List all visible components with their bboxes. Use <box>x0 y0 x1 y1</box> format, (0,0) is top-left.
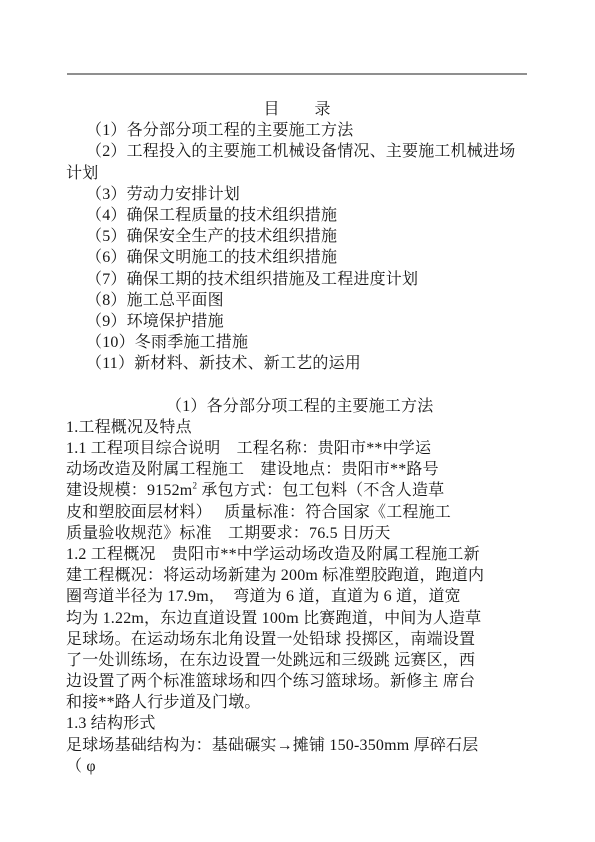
body-line-overview-title: 1.工程概况及特点 <box>66 417 529 438</box>
body-line-1-2-overview-7: 边设置了两个标准篮球场和四个练习篮球场。新修主 席台 <box>66 671 529 692</box>
document-page: 目 录 （1）各分部分项工程的主要施工方法 （2）工程投入的主要施工机械设备情况… <box>0 0 595 842</box>
body-line-project-name-2: 动场改造及附属工程施工 建设地点：贵阳市**路号 <box>66 459 529 480</box>
body-line-scale: 建设规模：9152m2 承包方式：包工包料（不含人造草 <box>66 480 529 501</box>
body-line-1-2-overview-1: 1.2 工程概况 贵阳市**中学运动场改造及附属工程施工新 <box>66 544 529 565</box>
toc-entry-6: （6）确保文明施工的技术组织措施 <box>66 247 529 268</box>
body-line-1-2-overview-6: 了一处训练场，在东边设置一处跳远和三级跳 远赛区，西 <box>66 650 529 671</box>
toc-entry-1: （1）各分部分项工程的主要施工方法 <box>66 120 529 141</box>
body-line-project-name-1: 1.1 工程项目综合说明 工程名称：贵阳市**中学运 <box>66 438 529 459</box>
body-line-1-2-overview-2: 建工程概况：将运动场新建为 200m 标准塑胶跑道，跑道内 <box>66 565 529 586</box>
toc-entry-8: （8）施工总平面图 <box>66 290 529 311</box>
toc-entry-2-continuation: 计划 <box>66 163 529 184</box>
toc-entry-7: （7）确保工期的技术组织措施及工程进度计划 <box>66 269 529 290</box>
body-line-foundation: 足球场基础结构为：基础碾实→摊铺 150-350mm 厚碎石层 <box>66 735 529 756</box>
scale-text-pre: 建设规模：9152m <box>66 482 192 499</box>
toc-entry-5: （5）确保安全生产的技术组织措施 <box>66 226 529 247</box>
toc-entry-10: （10）冬雨季施工措施 <box>66 332 529 353</box>
blank-line <box>66 374 529 395</box>
toc-entry-11: （11）新材料、新技术、新工艺的运用 <box>66 353 529 374</box>
body-line-1-2-overview-4: 均为 1.22m，东边直道设置 100m 比赛跑道，中间为人造草 <box>66 608 529 629</box>
scale-text-post: 承包方式：包工包料（不含人造草 <box>197 482 444 499</box>
body-line-1-3-title: 1.3 结构形式 <box>66 713 529 734</box>
toc-entry-3: （3）劳动力安排计划 <box>66 184 529 205</box>
body-line-phi: （ φ <box>66 756 529 777</box>
toc-title: 目 录 <box>66 99 529 120</box>
body-line-1-2-overview-3: 圈弯道半径为 17.9m， 弯道为 6 道，直道为 6 道，道宽 <box>66 586 529 607</box>
body-line-1-2-overview-5: 足球场。在运动场东北角设置一处铅球 投掷区，南端设置 <box>66 629 529 650</box>
header-rule <box>67 73 527 75</box>
body-line-1-2-overview-8: 和接**路人行步道及门墩。 <box>66 692 529 713</box>
toc-entry-9: （9）环境保护措施 <box>66 311 529 332</box>
section-1-heading: （1）各分部分项工程的主要施工方法 <box>66 396 529 417</box>
toc-entry-2: （2）工程投入的主要施工机械设备情况、主要施工机械进场 <box>66 141 529 162</box>
body-line-materials: 皮和塑胶面层材料） 质量标准：符合国家《工程施工 <box>66 502 529 523</box>
body-line-quality-duration: 质量验收规范》标准 工期要求：76.5 日历天 <box>66 523 529 544</box>
document-body: 目 录 （1）各分部分项工程的主要施工方法 （2）工程投入的主要施工机械设备情况… <box>66 99 529 777</box>
toc-entry-4: （4）确保工程质量的技术组织措施 <box>66 205 529 226</box>
